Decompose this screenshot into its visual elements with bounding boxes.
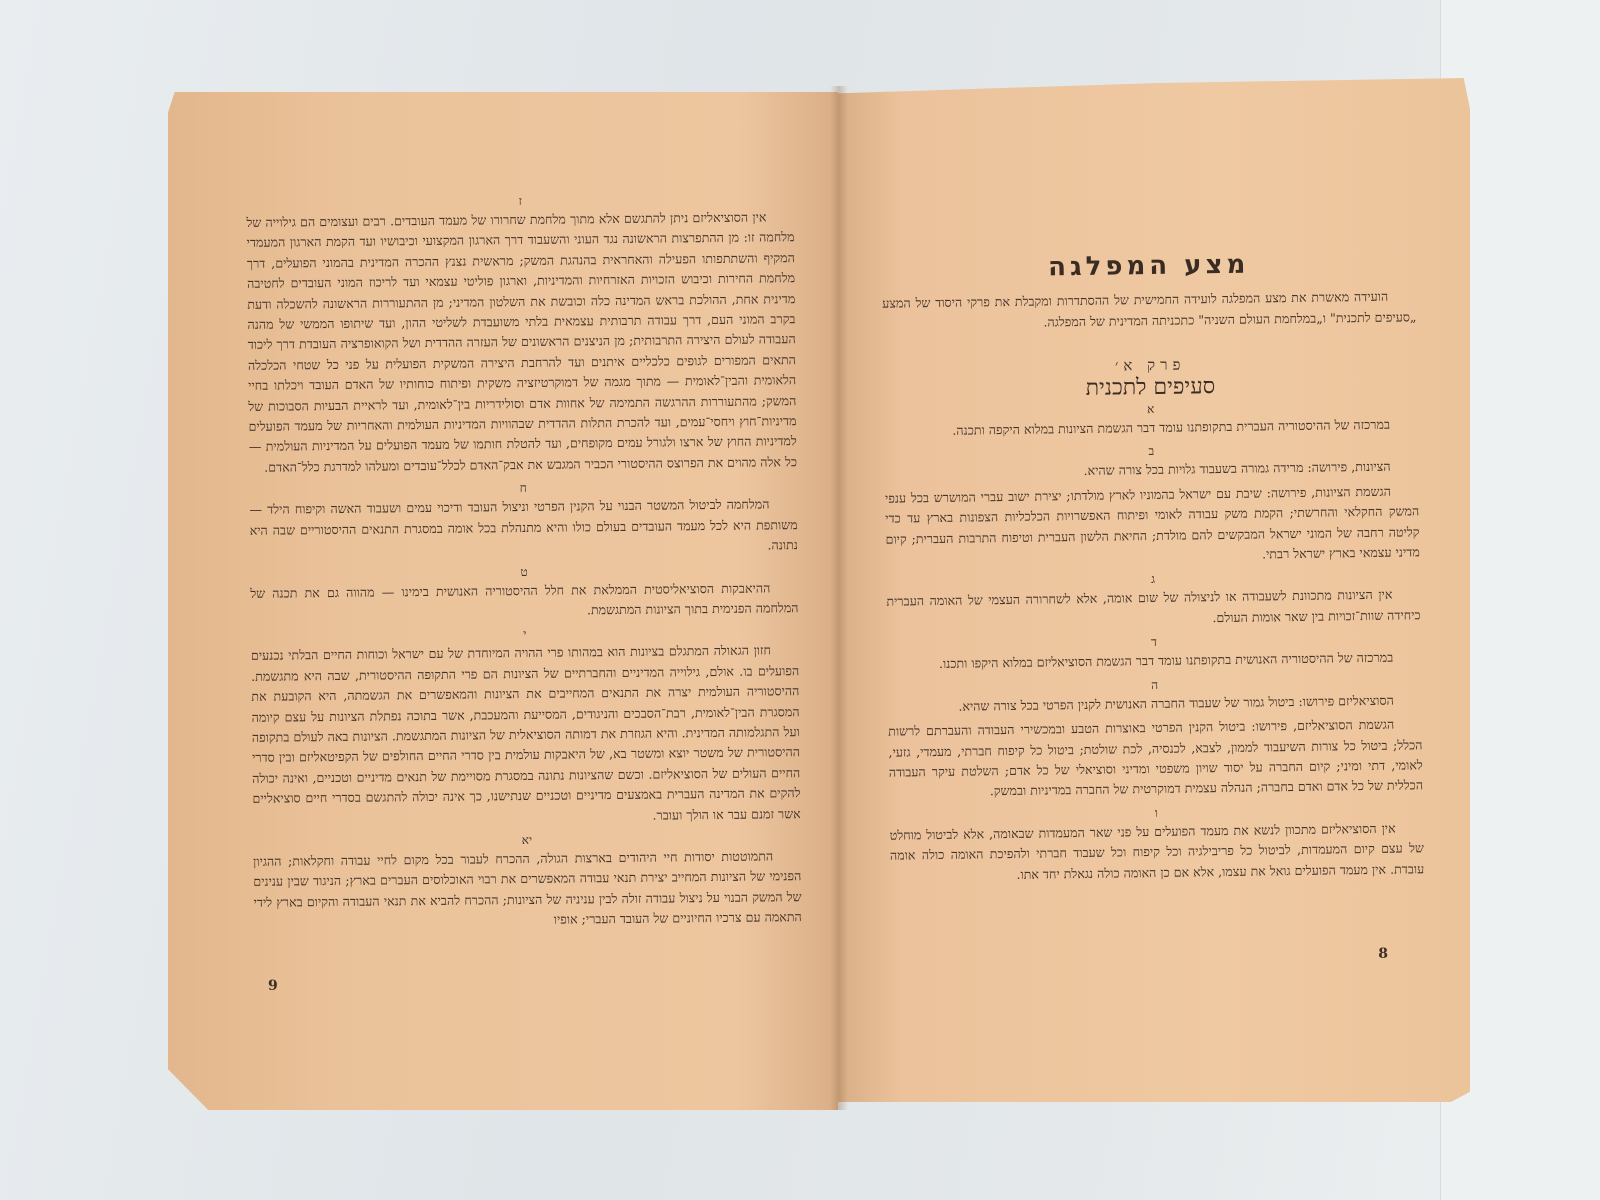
page-number: 9 [268,978,278,994]
section: ד במרכזה של ההיסטוריה האנושית בתקופתנו ע… [887,630,1421,676]
section: י חזון הגאולה המתגלם בציונות הוא במהותו … [251,622,801,829]
intro-paragraph: הועידה מאשרת את מצע המפלגה לועידה החמישי… [882,287,1417,335]
paragraph: ההיאבקות הסוציאליסטית הממלאת את חלל ההיס… [250,578,798,625]
section: ט ההיאבקות הסוציאליסטית הממלאת את חלל הה… [250,560,799,625]
paragraph: הגשמת הסוציאליזם, פירושו: ביטול הקנין הפ… [888,714,1423,803]
section: ג אין הציונות מתכוונת לשעבודה או לניצולה… [886,567,1421,633]
paragraph: אין הסוציאליזם ניתן להתגשם אלא מתוך מלחמ… [246,207,797,478]
left-page-text: ז אין הסוציאליזם ניתן להתגשם אלא מתוך מל… [246,187,802,937]
left-page: ז אין הסוציאליזם ניתן להתגשם אלא מתוך מל… [168,92,838,1110]
paragraph: הגשמת הציונות, פירושה: שיבת עם ישראל בהמ… [885,481,1420,570]
paragraph: חזון הגאולה המתגלם בציונות הוא במהותו פר… [251,640,801,829]
section: יא התמוטטות יסודות חיי היהודים בארצות הג… [253,828,802,933]
page-title: מצע המפלגה [882,252,1416,280]
right-page-text: מצע המפלגה הועידה מאשרת את מצע המפלגה לו… [882,252,1425,890]
book-gutter [830,86,848,1110]
paragraph: המלחמה לביטול המשטר הבנוי על הקנין הפרטי… [249,494,798,561]
section: ז אין הסוציאליזם ניתן להתגשם אלא מתוך מל… [246,189,797,478]
section: א במרכזה של ההיסטוריה העברית בתקופתנו עו… [884,396,1418,442]
paragraph: אין הסוציאליזם מתכוון לנשא את מעמד הפועל… [890,818,1425,887]
page-number: 8 [1378,946,1388,962]
section: ה הסוציאליזם פירושו: ביטול גמור של שעבוד… [887,672,1423,803]
paragraph: אין הציונות מתכוונת לשעבודה או לניצולה ש… [886,585,1421,633]
section: ב הציונות, פירושה: מרידה גמורה בשעבוד גל… [884,439,1420,570]
right-page: מצע המפלגה הועידה מאשרת את מצע המפלגה לו… [838,78,1470,1102]
section: ח המלחמה לביטול המשטר הבנוי על הקנין הפר… [249,476,798,561]
section: ו אין הסוציאליזם מתכוון לנשא את מעמד הפו… [889,800,1424,887]
paragraph: התמוטטות יסודות חיי היהודים בארצות הגולה… [253,846,802,933]
